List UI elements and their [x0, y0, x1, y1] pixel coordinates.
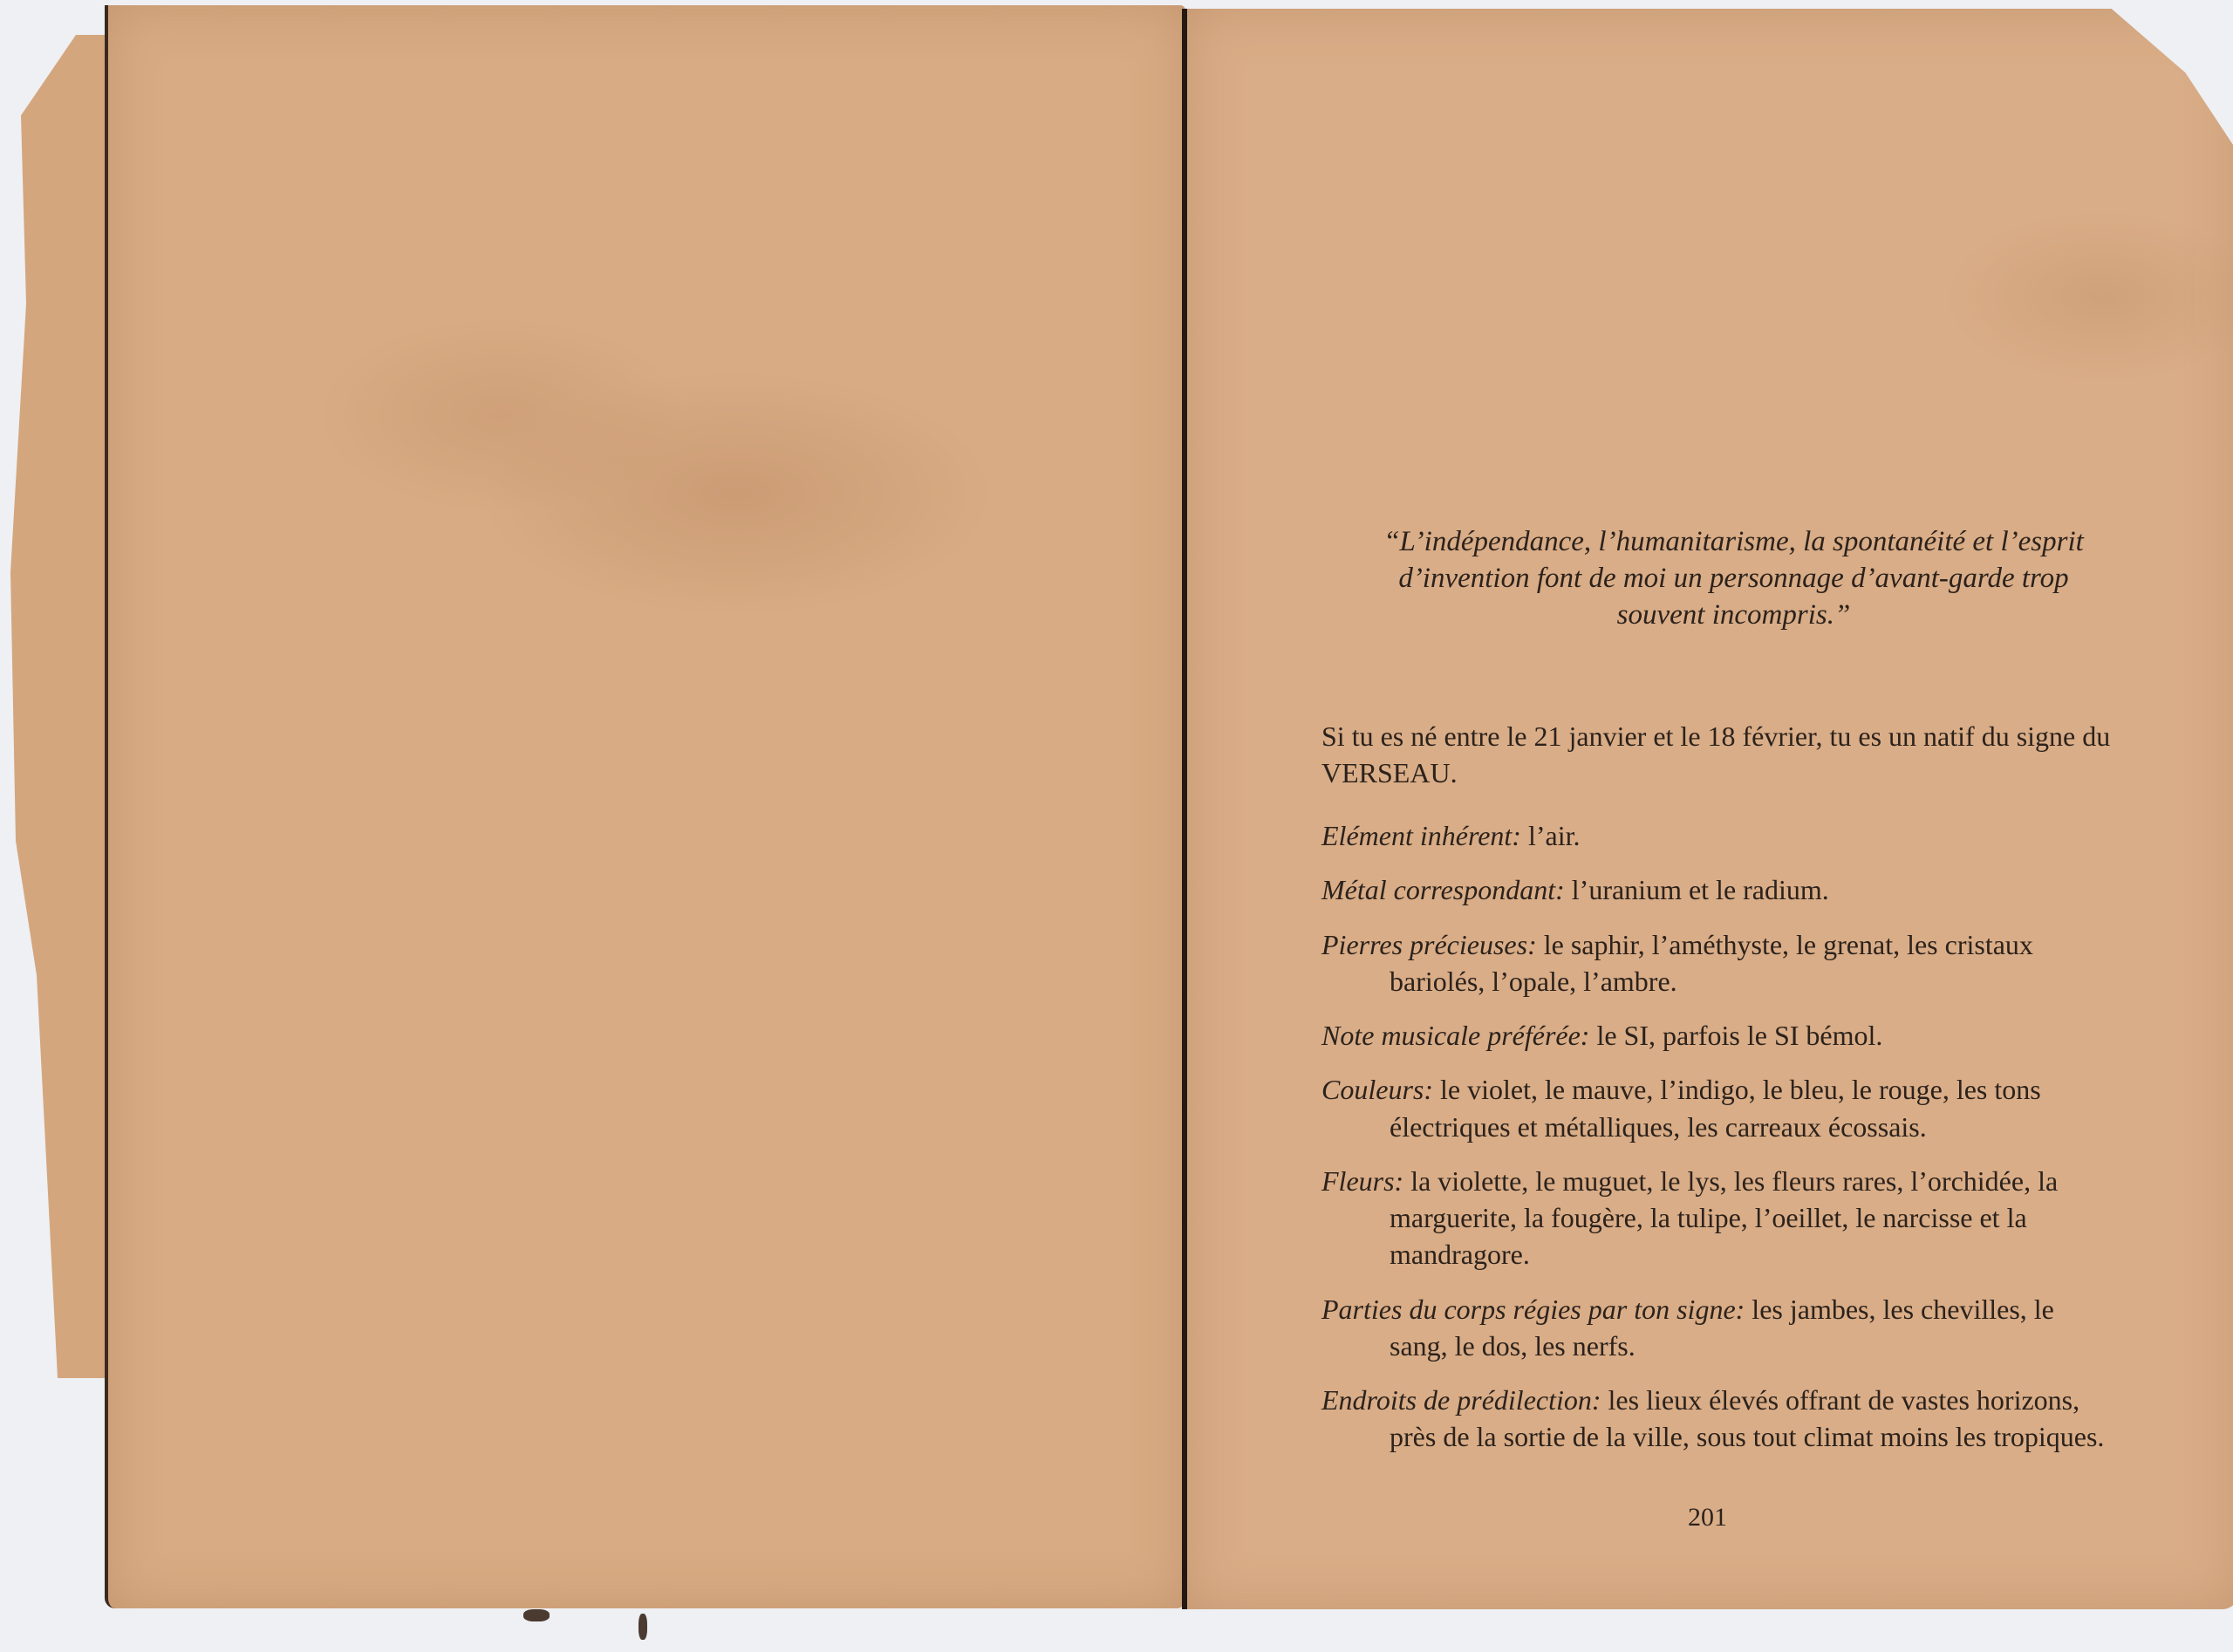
entry-label: Fleurs: [1321, 1165, 1403, 1197]
intro-paragraph: Si tu es né entre le 21 janvier et le 18… [1321, 718, 2111, 791]
left-page-blank [105, 5, 1185, 1608]
entry-music-note: Note musicale préférée: le SI, parfois l… [1321, 1017, 2111, 1054]
entry-colors: Couleurs: le violet, le mauve, l’indigo,… [1321, 1071, 2111, 1144]
paper-debris [523, 1609, 550, 1621]
entry-element: Elément inhérent: l’air. [1321, 817, 2111, 854]
entry-label: Parties du corps régies par ton signe: [1321, 1294, 1745, 1325]
entry-value: l’uranium et le radium. [1565, 874, 1829, 905]
entry-label: Couleurs: [1321, 1074, 1433, 1105]
entry-value: le SI, parfois le SI bémol. [1589, 1020, 1882, 1051]
entry-label: Elément inhérent: [1321, 820, 1521, 851]
entry-label: Pierres précieuses: [1321, 929, 1537, 960]
paper-debris [638, 1614, 647, 1640]
entry-label: Métal correspondant: [1321, 874, 1565, 905]
entry-label: Endroits de prédilection: [1321, 1384, 1601, 1416]
entry-value: le violet, le mauve, l’indigo, le bleu, … [1390, 1074, 2041, 1142]
entry-flowers: Fleurs: la violette, le muguet, le lys, … [1321, 1163, 2111, 1273]
entry-stones: Pierres précieuses: le saphir, l’améthys… [1321, 926, 2111, 1000]
epigraph-quote: “L’indépendance, l’humanitarisme, la spo… [1356, 523, 2111, 634]
right-page-text: “L’indépendance, l’humanitarisme, la spo… [1321, 523, 2111, 1472]
entry-metal: Métal correspondant: l’uranium et le rad… [1321, 871, 2111, 908]
entry-value: la violette, le muguet, le lys, les fleu… [1390, 1165, 2058, 1270]
entry-body-parts: Parties du corps régies par ton signe: l… [1321, 1291, 2111, 1364]
entry-label: Note musicale préférée: [1321, 1020, 1589, 1051]
entry-places: Endroits de prédilection: les lieux élev… [1321, 1382, 2111, 1455]
page-number: 201 [1688, 1503, 1727, 1533]
entry-value: l’air. [1521, 820, 1581, 851]
